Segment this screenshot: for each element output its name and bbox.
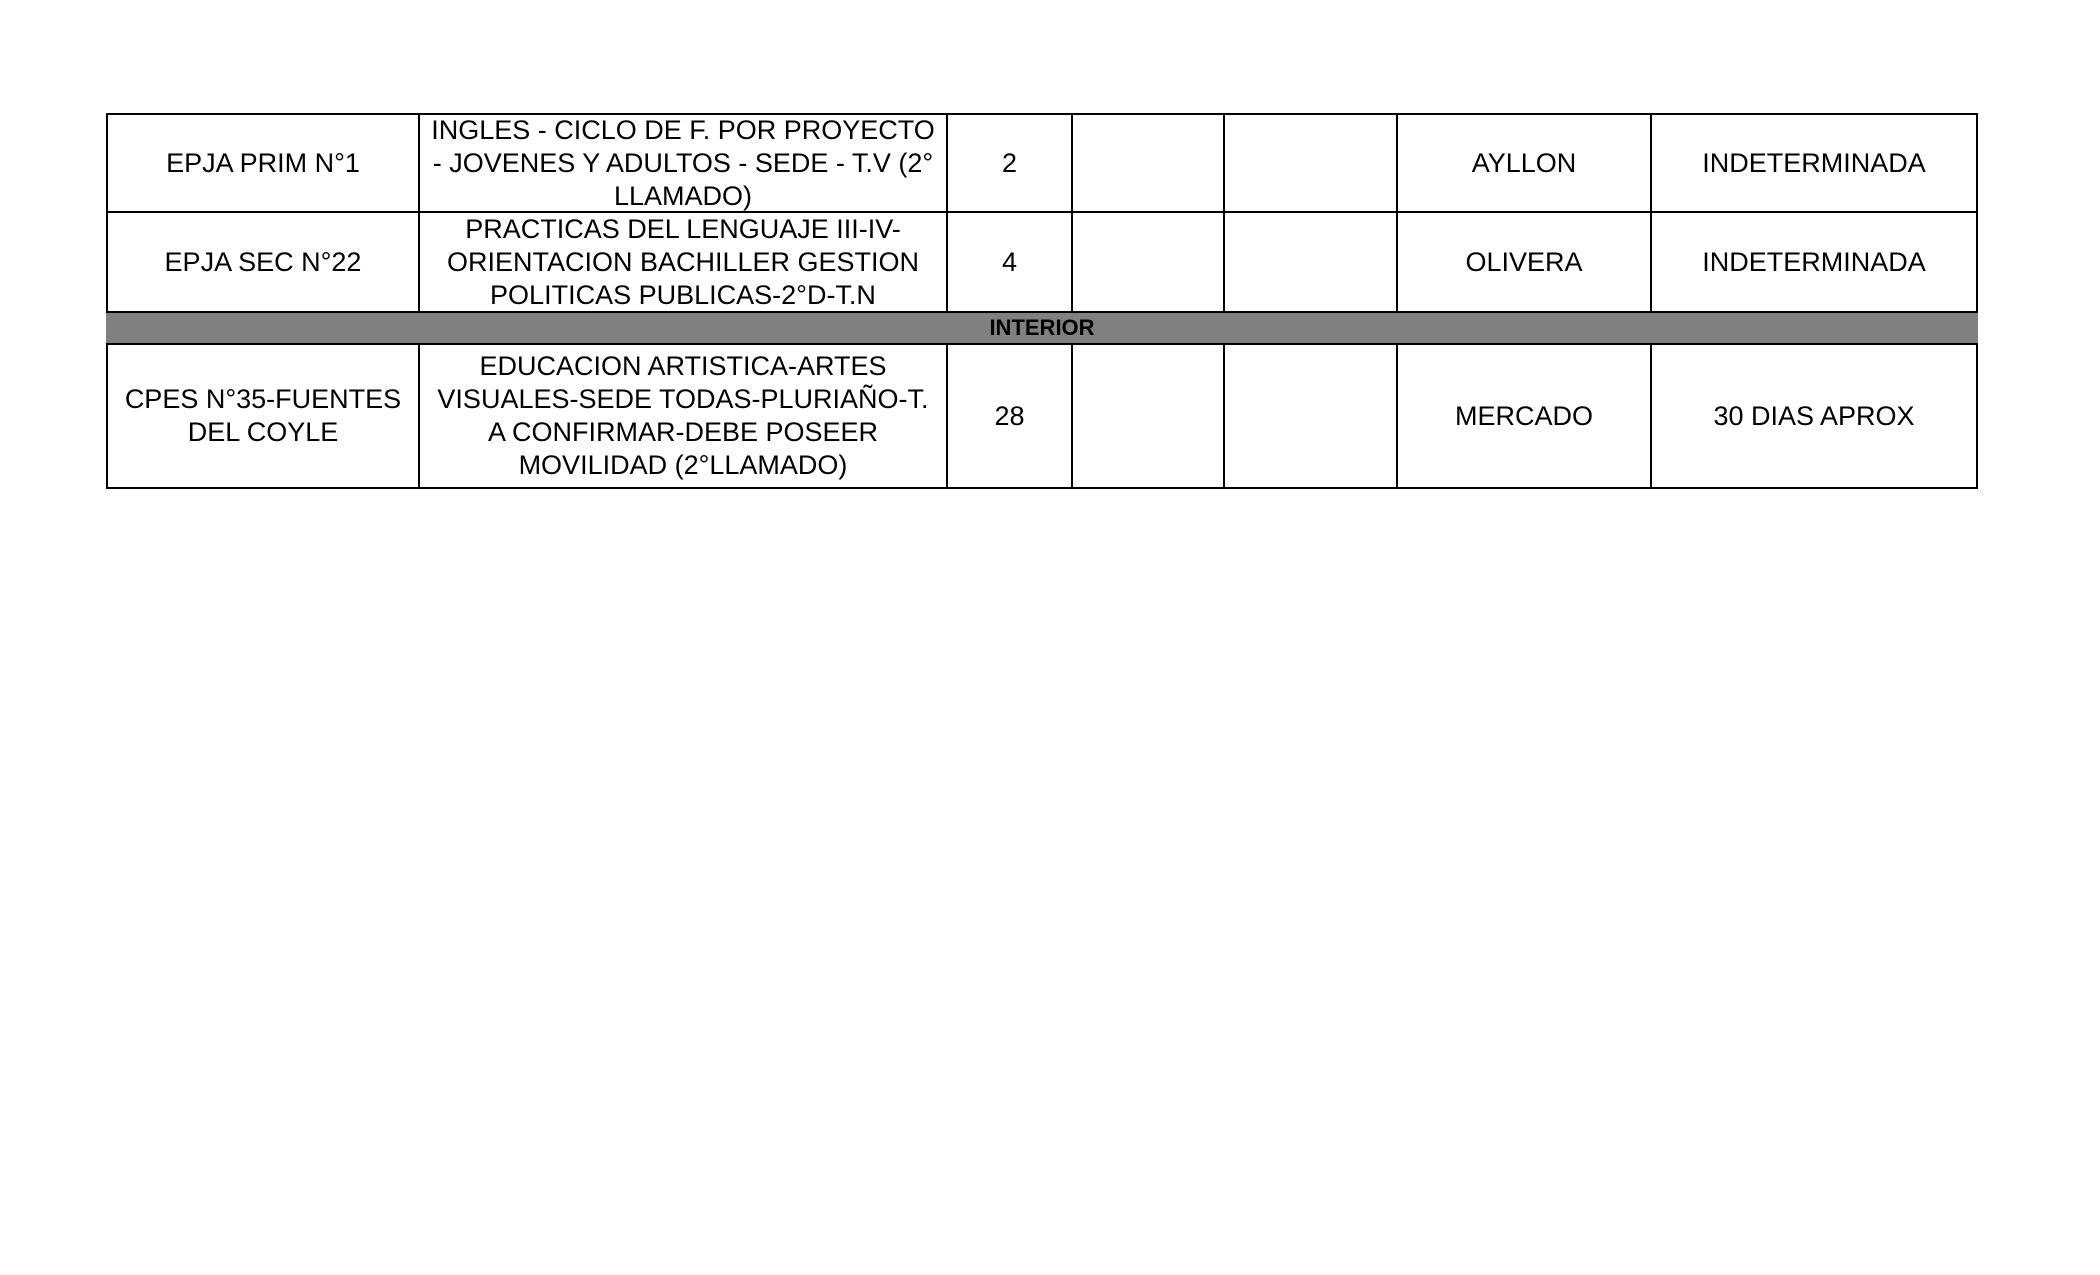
section-band: INTERIOR [106,313,1978,343]
subject-cell: EDUCACION ARTISTICA-ARTES VISUALES-SEDE … [420,343,948,489]
hours-cell: 28 [948,343,1073,489]
school-cell: CPES N°35-FUENTES DEL COYLE [106,343,420,489]
empty-cell [1073,213,1225,313]
duration-cell: INDETERMINADA [1652,213,1978,313]
table-row: EPJA SEC N°22 PRACTICAS DEL LENGUAJE III… [106,213,1978,313]
teacher-cell: MERCADO [1398,343,1652,489]
empty-cell [1225,343,1398,489]
teacher-cell: AYLLON [1398,113,1652,213]
empty-cell [1225,113,1398,213]
empty-cell [1073,113,1225,213]
school-cell: EPJA SEC N°22 [106,213,420,313]
hours-cell: 4 [948,213,1073,313]
section-band-label: INTERIOR [989,315,1094,341]
empty-cell [1225,213,1398,313]
duration-cell: 30 DIAS APROX [1652,343,1978,489]
teacher-cell: OLIVERA [1398,213,1652,313]
table-row: EPJA PRIM N°1 INGLES - CICLO DE F. POR P… [106,113,1978,213]
vacancy-table: EPJA PRIM N°1 INGLES - CICLO DE F. POR P… [106,113,1978,489]
duration-cell: INDETERMINADA [1652,113,1978,213]
table-row: CPES N°35-FUENTES DEL COYLE EDUCACION AR… [106,343,1978,489]
hours-cell: 2 [948,113,1073,213]
subject-cell: INGLES - CICLO DE F. POR PROYECTO - JOVE… [420,113,948,213]
school-cell: EPJA PRIM N°1 [106,113,420,213]
subject-cell: PRACTICAS DEL LENGUAJE III-IV-ORIENTACIO… [420,213,948,313]
empty-cell [1073,343,1225,489]
